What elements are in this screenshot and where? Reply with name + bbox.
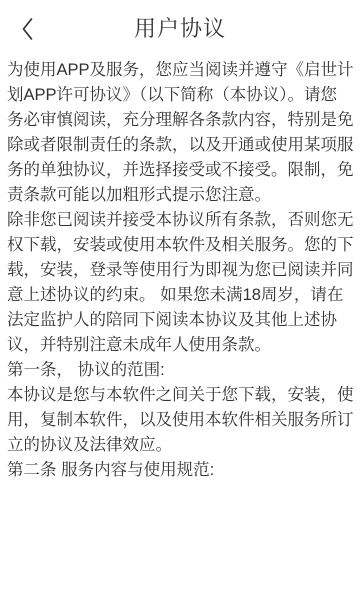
section-1-body: 本协议是您与本软件之间关于您下载，安装，使 用，复制本软件，以及使用本软件相关服…	[7, 383, 357, 458]
navbar: 用户协议	[0, 0, 360, 58]
agreement-intro-paragraph-1: 为使用APP及服务，您应当阅读并遵守《启世计 划APP许可协议》（以下简称（本协…	[7, 58, 357, 208]
user-agreement-screen: 用户协议 为使用APP及服务，您应当阅读并遵守《启世计 划APP许可协议》（以下…	[0, 0, 360, 600]
section-1-title: 第一条， 协议的范围:	[7, 358, 357, 383]
agreement-content[interactable]: 为使用APP及服务，您应当阅读并遵守《启世计 划APP许可协议》（以下简称（本协…	[0, 58, 360, 483]
agreement-intro-paragraph-2: 除非您已阅读并接受本协议所有条款，否则您无 权下载，安装或使用本软件及相关服务。…	[7, 208, 357, 358]
section-2-title: 第二条 服务内容与使用规范:	[7, 458, 357, 483]
page-title: 用户协议	[0, 16, 360, 41]
